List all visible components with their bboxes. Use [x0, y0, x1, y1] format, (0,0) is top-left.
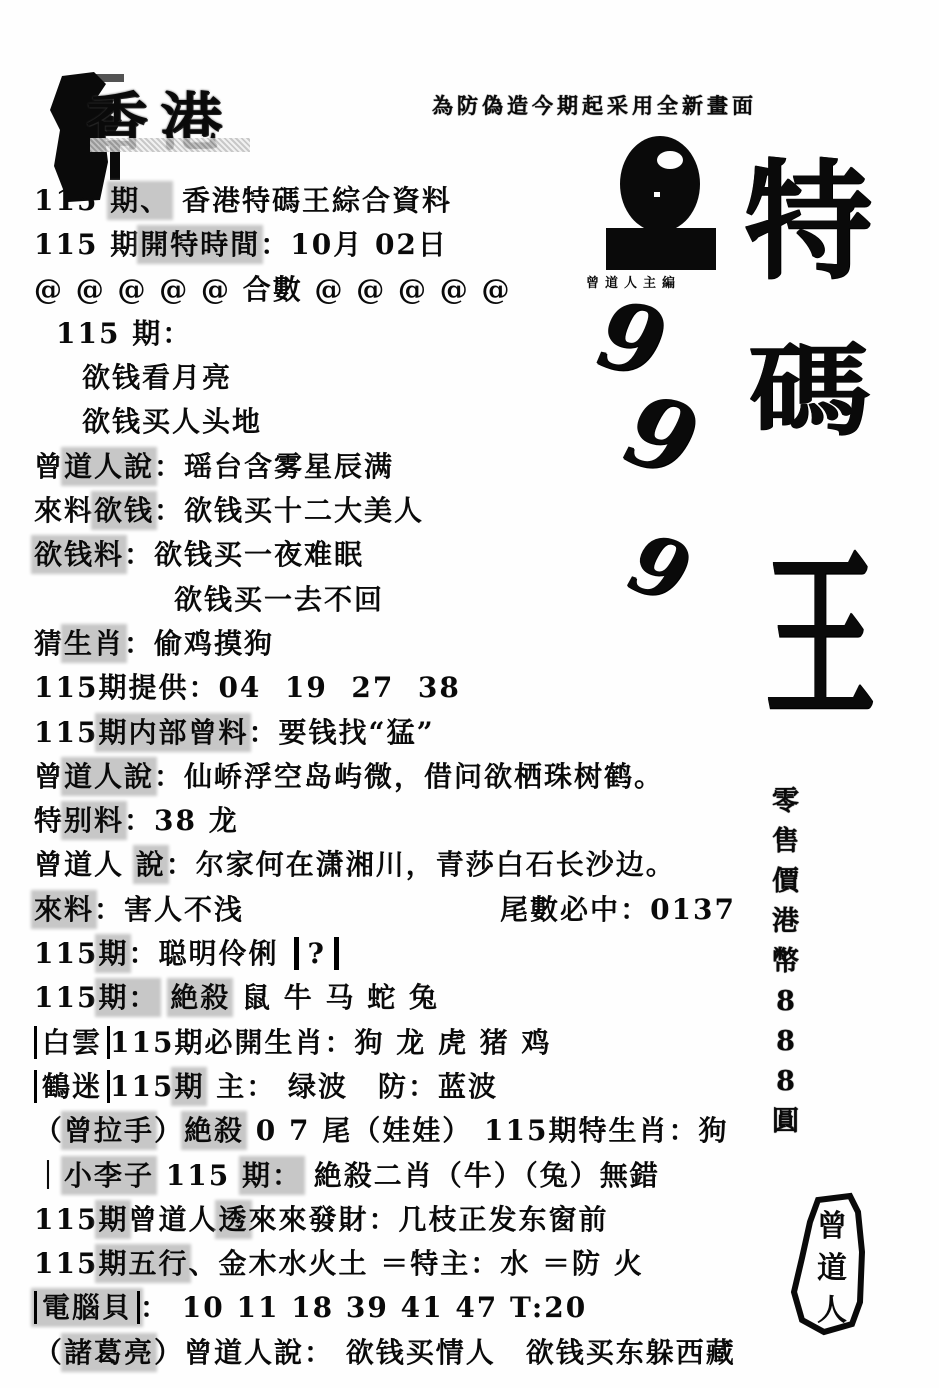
price-column-char: 港: [772, 908, 799, 935]
line-segment: 115: [34, 1203, 98, 1236]
line-segment: ：欲钱买十二大美人: [154, 494, 424, 527]
line-segment: 期: [98, 1203, 128, 1236]
line-segment: ）: [154, 1114, 184, 1147]
line-segment: ：0137: [620, 893, 736, 926]
line-segment: 115: [110, 1070, 174, 1103]
seal-char: 道: [817, 1251, 847, 1286]
line-segment: 鶴迷: [34, 1070, 110, 1103]
content-line: （曾拉手）絶殺 0 7 尾（娃娃） 115期特生肖：狗: [34, 1114, 764, 1158]
line-segment: ：聪明伶俐: [128, 937, 278, 970]
line-segment: 115: [34, 937, 98, 970]
price-column-char: 售: [772, 828, 799, 855]
line-segment: 、金木水火土 ＝特主：水 ＝防 火: [188, 1247, 643, 1280]
halftone-smudge: [90, 138, 250, 152]
line-segment: @ @ @ @ @: [303, 273, 512, 306]
line-segment: ：10月 02日: [260, 228, 448, 261]
line-left-group: ｜小李子 115 期： 絶殺二肖（牛）（兔）無錯: [34, 1159, 660, 1193]
line-left-group: 欲钱看月亮: [82, 361, 232, 395]
line-left-group: 白雲115期必開生肖：狗 龙 虎 猪 鸡: [34, 1026, 551, 1060]
line-left-group: 115期曾道人透來來發財：几枝正发东窗前: [34, 1203, 609, 1237]
line-left-group: 來料欲钱：欲钱买十二大美人: [34, 494, 424, 528]
content-line: （諸葛亮）曾道人說： 欲钱买情人 欲钱买东躲西藏: [34, 1336, 764, 1380]
line-segment: [158, 981, 170, 1014]
line-segment: 115 期：: [56, 317, 192, 350]
line-segment: 合數: [243, 273, 303, 306]
line-segment: 諸葛亮: [64, 1336, 154, 1369]
line-segment: @ @ @ @ @: [34, 273, 243, 306]
line-left-group: 曾道人說：瑶台含雾星辰满: [34, 450, 394, 484]
content-line: 猜生肖：偷鸡摸狗: [34, 627, 764, 671]
line-segment: ：欲钱买一夜难眠: [124, 538, 364, 571]
price-column-char: 零: [772, 788, 799, 815]
line-segment: 别料: [64, 804, 124, 837]
line-left-group: 115 期開特時間：10月 02日: [34, 228, 448, 262]
line-segment: 115: [154, 1159, 242, 1192]
line-segment: 透: [218, 1203, 248, 1236]
content-line: 來料：害人不浅尾數必中：0137: [34, 893, 764, 937]
line-right-group: 尾數必中：0137: [500, 893, 736, 927]
content-line: 115 期開特時間：10月 02日: [34, 228, 764, 272]
line-segment: 曾拉手: [64, 1114, 154, 1147]
line-segment: 0 7 尾（娃娃） 115期特生肖：狗: [244, 1114, 728, 1147]
line-segment: 期: [98, 937, 128, 970]
line-segment: （: [34, 1336, 64, 1369]
line-left-group: 115期：聪明伶俐?: [34, 937, 339, 971]
content-line: 115 期：: [34, 317, 764, 361]
line-segment: 曾: [34, 450, 64, 483]
content-line: @ @ @ @ @ 合數 @ @ @ @ @: [34, 273, 764, 317]
line-segment: 絶殺: [170, 981, 230, 1014]
content-line: 115期： 絶殺 鼠 牛 马 蛇 兔: [34, 981, 764, 1025]
line-segment: 主： 绿波 防：蓝波: [204, 1070, 498, 1103]
content-line: 來料欲钱：欲钱买十二大美人: [34, 494, 764, 538]
price-column-char: 幣: [772, 948, 799, 975]
content-line: 欲钱看月亮: [34, 361, 764, 405]
content-line: 特别料：38 龙: [34, 804, 764, 848]
line-left-group: 115 期、 香港特碼王綜合資料: [34, 184, 452, 218]
content-line: 115期：聪明伶俐?: [34, 937, 764, 981]
line-segment: 曾道人: [128, 1203, 218, 1236]
content-line: 115期内部曾料：要钱找“猛”: [34, 716, 764, 760]
content-line: 電腦貝： 10 11 18 39 41 47 T:20: [34, 1291, 764, 1335]
line-segment: 期：: [98, 981, 158, 1014]
line-segment: 鼠 牛 马 蛇 兔: [230, 981, 439, 1014]
price-column-char: 價: [772, 868, 799, 895]
content-line: 欲钱买一去不回: [34, 583, 764, 627]
line-left-group: 來料：害人不浅: [34, 893, 244, 927]
line-left-group: 電腦貝： 10 11 18 39 41 47 T:20: [34, 1291, 587, 1325]
line-segment: ： 10 11 18 39 41 47 T:20: [140, 1291, 587, 1324]
line-segment: 期: [174, 1070, 204, 1103]
line-left-group: （曾拉手）絶殺 0 7 尾（娃娃） 115期特生肖：狗: [34, 1114, 728, 1148]
content-line: 鶴迷115期 主： 绿波 防：蓝波: [34, 1070, 764, 1114]
line-segment: 期：: [242, 1159, 302, 1192]
content-line: 欲钱买人头地: [34, 405, 764, 449]
scanned-lottery-tipsheet: 香港 為防偽造今期起采用全新畫面 曾道人主編 9 9 9 特 碼 王 零售價港幣…: [0, 0, 939, 1388]
line-segment: 曾: [34, 760, 64, 793]
line-segment: 115: [34, 228, 110, 261]
content-lines: 115 期、 香港特碼王綜合資料115 期開特時間：10月 02日@ @ @ @…: [34, 184, 764, 1380]
content-line: 115期提供：04 19 27 38: [34, 671, 764, 715]
line-segment: 香港特碼王綜合資料: [170, 184, 452, 217]
line-segment: ：偷鸡摸狗: [124, 627, 274, 660]
line-segment: 特: [34, 804, 64, 837]
line-segment: 曾道人: [34, 848, 136, 881]
line-segment: ：仙峤浮空岛屿微，借问欲栖珠树鹤。: [154, 760, 664, 793]
line-segment: 尾數必中: [500, 893, 620, 926]
line-left-group: 欲钱买一去不回: [174, 583, 384, 617]
line-segment: ｜: [34, 1159, 64, 1192]
line-left-group: 115期内部曾料：要钱找“猛”: [34, 716, 435, 750]
content-line: 115期五行、金木水火土 ＝特主：水 ＝防 火: [34, 1247, 764, 1291]
line-left-group: 猜生肖：偷鸡摸狗: [34, 627, 274, 661]
line-left-group: 115期提供：04 19 27 38: [34, 671, 461, 705]
line-left-group: 鶴迷115期 主： 绿波 防：蓝波: [34, 1070, 498, 1104]
seal-char: 人: [817, 1293, 847, 1328]
line-left-group: 欲钱买人头地: [82, 405, 262, 439]
line-segment: ：害人不浅: [94, 893, 244, 926]
masthead-char-wang: 王: [765, 548, 875, 728]
line-segment: 道人說: [64, 760, 154, 793]
line-segment: 115期提供：04 19 27 38: [34, 671, 461, 704]
mystery-box: ?: [294, 937, 338, 970]
line-segment: （: [34, 1114, 64, 1147]
seal-char: 曾: [817, 1209, 847, 1244]
line-segment: 欲钱: [94, 494, 154, 527]
line-segment: 期、: [110, 184, 170, 217]
content-line: 欲钱料：欲钱买一夜难眠: [34, 538, 764, 582]
line-segment: 115期必開生肖：狗 龙 虎 猪 鸡: [110, 1026, 551, 1059]
content-line: 曾道人說：仙峤浮空岛屿微，借问欲栖珠树鹤。: [34, 760, 764, 804]
line-segment: 猜: [34, 627, 64, 660]
line-segment: 欲钱买人头地: [82, 405, 262, 438]
line-segment: 來料: [34, 494, 94, 527]
line-left-group: 曾道人 說：尔家何在潇湘川，青莎白石长沙边。: [34, 848, 676, 882]
line-segment: 欲钱看月亮: [82, 361, 232, 394]
line-left-group: （諸葛亮）曾道人說： 欲钱买情人 欲钱买东躲西藏: [34, 1336, 736, 1370]
line-left-group: 欲钱料：欲钱买一夜难眠: [34, 538, 364, 572]
line-left-group: @ @ @ @ @ 合數 @ @ @ @ @: [34, 273, 512, 307]
line-segment: 來來發財：几枝正发东窗前: [249, 1203, 609, 1236]
price-column: 零售價港幣888圓: [772, 788, 799, 1135]
line-left-group: 115期五行、金木水火土 ＝特主：水 ＝防 火: [34, 1247, 644, 1281]
line-segment: ：38 龙: [124, 804, 239, 837]
line-segment: 115: [34, 716, 98, 749]
line-segment: 生肖: [64, 627, 124, 660]
line-segment: ）曾道人說： 欲钱买情人 欲钱买东躲西藏: [154, 1336, 736, 1369]
publisher-seal: 曾道人: [788, 1192, 878, 1352]
line-segment: 期: [110, 228, 140, 261]
price-column-char: 8: [776, 1028, 795, 1055]
line-segment: ：尔家何在潇湘川，青莎白石长沙边。: [166, 848, 676, 881]
price-column-char: 8: [776, 988, 795, 1015]
line-segment: 電腦貝: [34, 1291, 140, 1324]
content-line: 115期曾道人透來來發財：几枝正发东窗前: [34, 1203, 764, 1247]
line-segment: 115: [34, 184, 110, 217]
anti-counterfeit-note: 為防偽造今期起采用全新畫面: [432, 90, 757, 120]
content-line: 115 期、 香港特碼王綜合資料: [34, 184, 764, 228]
line-segment: 期五行: [98, 1247, 188, 1280]
line-left-group: 特别料：38 龙: [34, 804, 239, 838]
line-segment: 白雲: [34, 1026, 110, 1059]
line-segment: ：要钱找“猛”: [248, 716, 434, 749]
line-segment: 115: [34, 1247, 98, 1280]
line-segment: 期内部曾料: [98, 716, 248, 749]
content-line: 白雲115期必開生肖：狗 龙 虎 猪 鸡: [34, 1026, 764, 1070]
price-column-char: 8: [776, 1068, 795, 1095]
line-segment: 來料: [34, 893, 94, 926]
masthead-char-ma: 碼: [748, 340, 870, 440]
content-line: 曾道人 說：尔家何在潇湘川，青莎白石长沙边。: [34, 848, 764, 892]
line-left-group: 曾道人說：仙峤浮空岛屿微，借问欲栖珠树鹤。: [34, 760, 664, 794]
line-segment: 欲钱买一去不回: [174, 583, 384, 616]
line-left-group: 115 期：: [56, 317, 192, 351]
line-segment: 道人說: [64, 450, 154, 483]
line-segment: 開特時間: [140, 228, 260, 261]
line-segment: 絶殺: [184, 1114, 244, 1147]
line-segment: 絶殺二肖（牛）（兔）無錯: [302, 1159, 660, 1192]
line-segment: 說: [136, 848, 166, 881]
line-segment: 115: [34, 981, 98, 1014]
price-column-char: 圓: [772, 1108, 799, 1135]
content-line: ｜小李子 115 期： 絶殺二肖（牛）（兔）無錯: [34, 1159, 764, 1203]
line-left-group: 115期： 絶殺 鼠 牛 马 蛇 兔: [34, 981, 439, 1015]
content-line: 曾道人說：瑶台含雾星辰满: [34, 450, 764, 494]
line-segment: 小李子: [64, 1159, 154, 1192]
line-segment: ：瑶台含雾星辰满: [154, 450, 394, 483]
line-segment: 欲钱料: [34, 538, 124, 571]
